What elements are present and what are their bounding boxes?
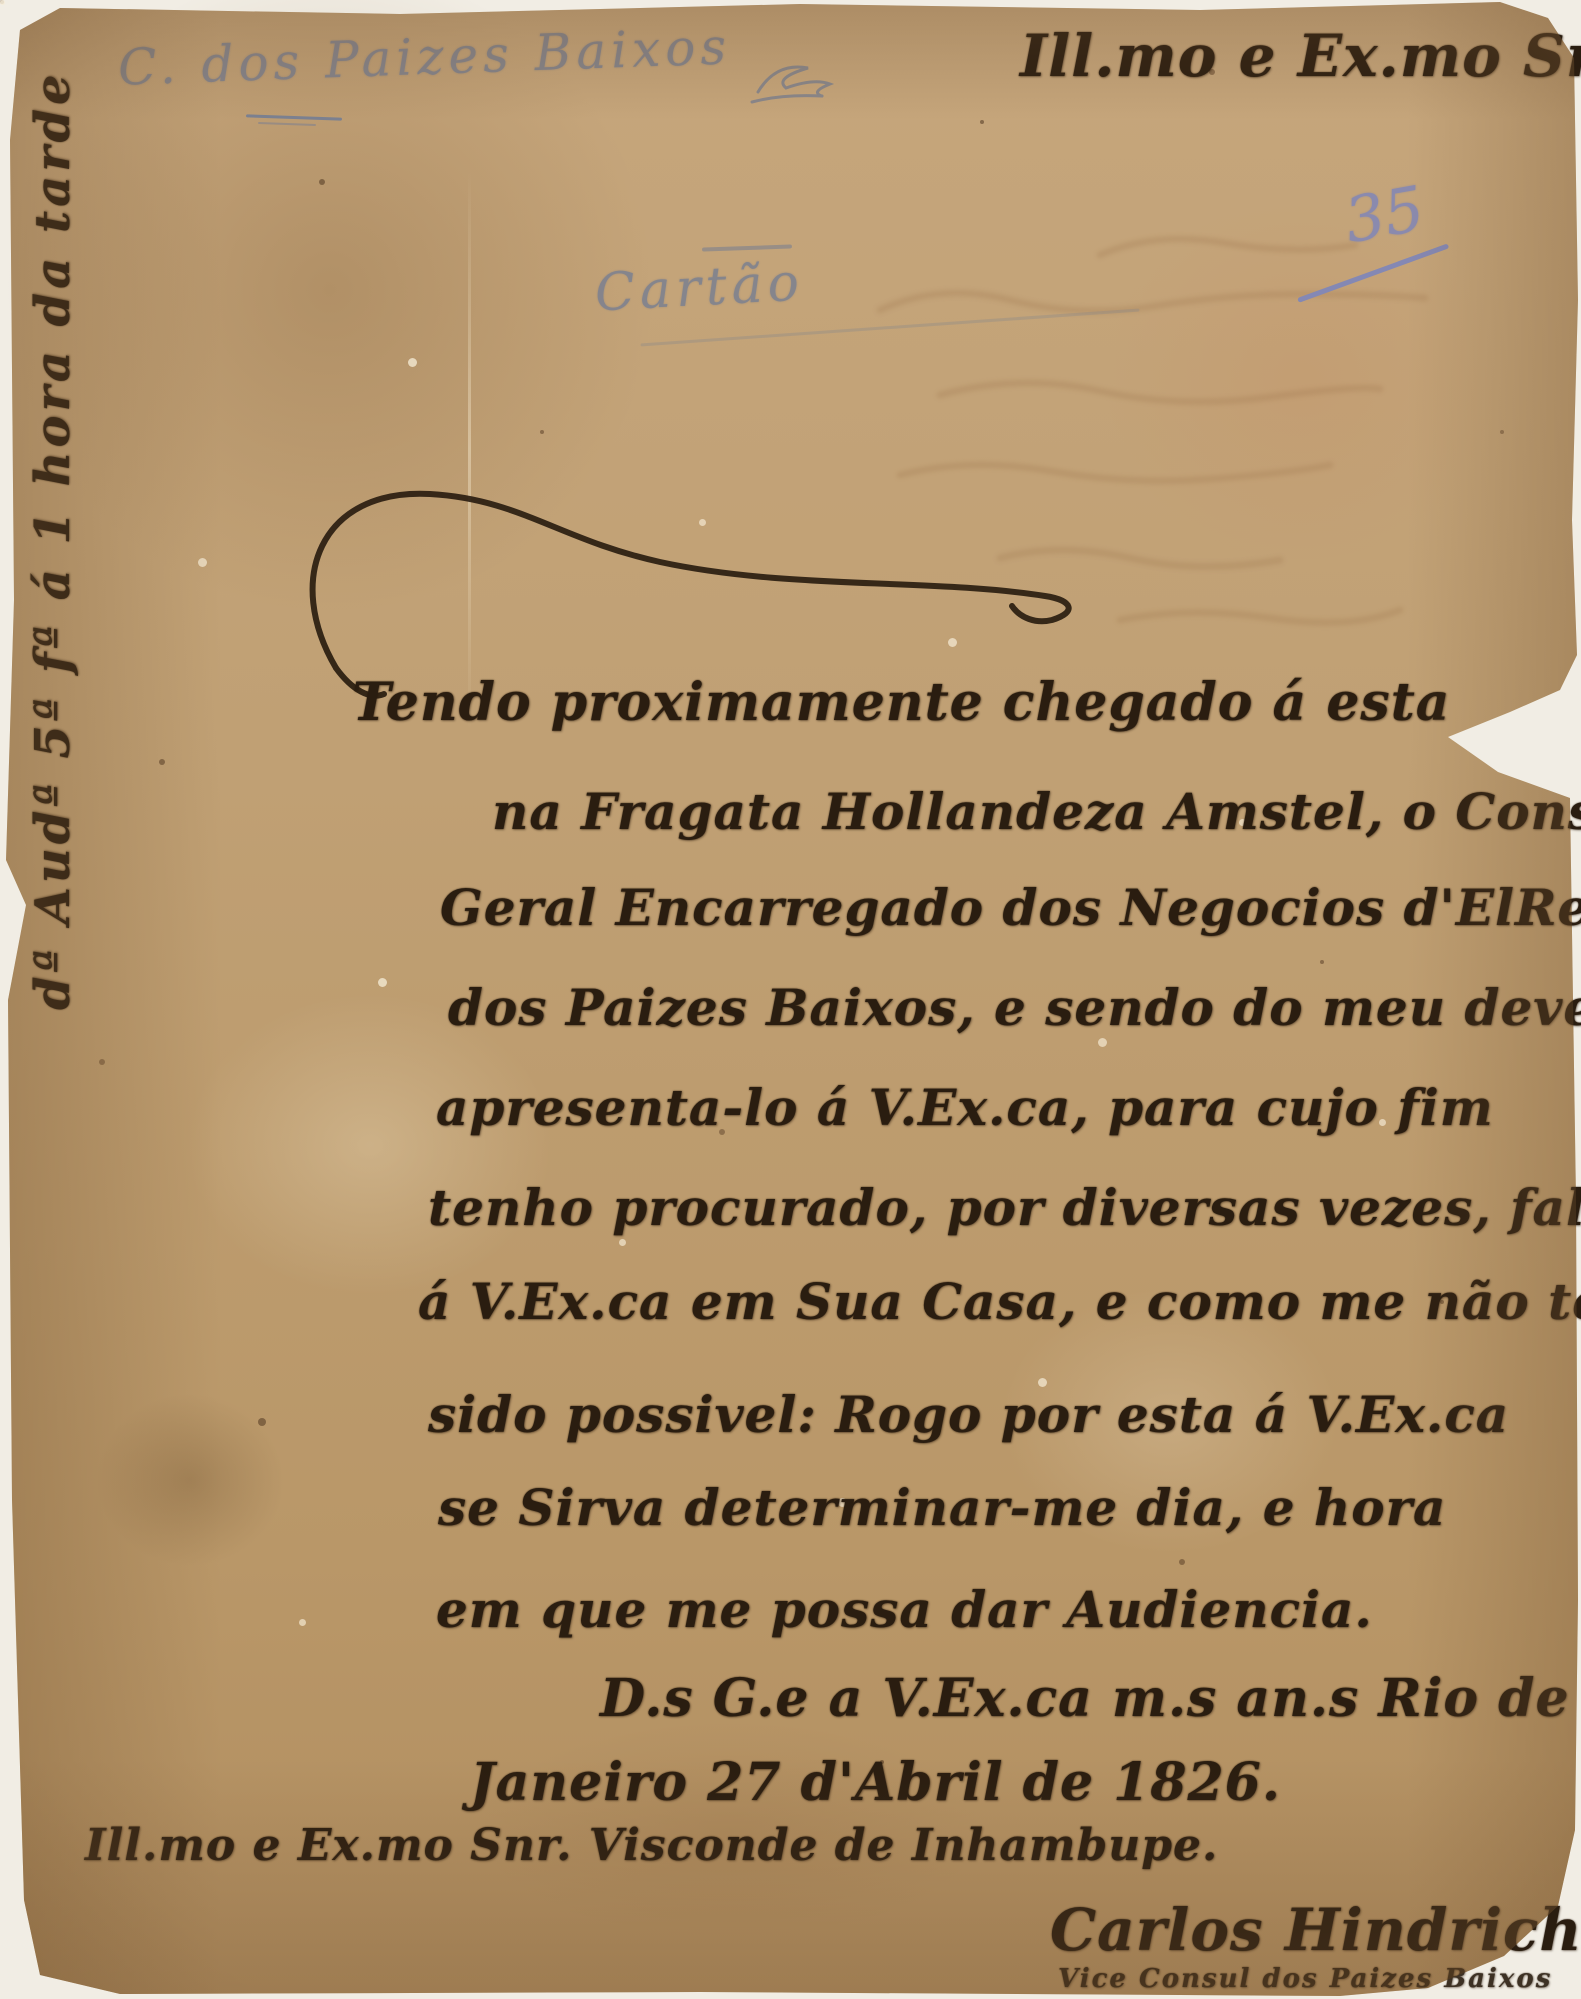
manuscript-letter-scan: C. dos Paizes Baixos Cartão 35 dª Audª 5… [0, 0, 1581, 1999]
paper-specks-light [0, 0, 5, 5]
edge-vignette [0, 0, 1581, 1999]
